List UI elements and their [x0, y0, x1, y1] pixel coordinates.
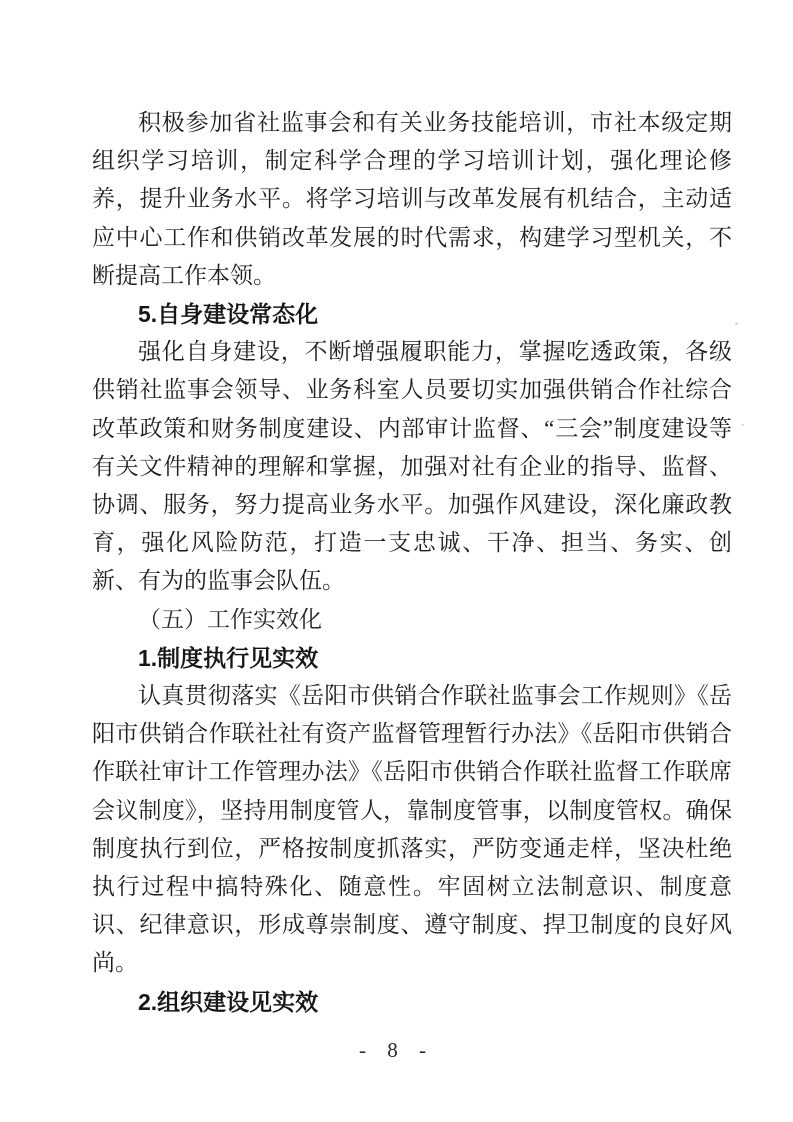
document-page: 积极参加省社监事会和有关业务技能培训，市社本级定期组织学习培训，制定科学合理的学…	[0, 0, 793, 1122]
numbered-heading-1-system-execution: 1.制度执行见实效	[92, 639, 732, 677]
body-paragraph-system-execution: 认真贯彻落实《岳阳市供销合作联社监事会工作规则》《岳阳市供销合作联社社有资产监督…	[92, 677, 732, 983]
numbered-heading-2-org-building: 2.组织建设见实效	[92, 983, 732, 1021]
section-heading-work-effectiveness: （五）工作实效化	[92, 601, 732, 639]
page-number: - 8 -	[0, 1038, 793, 1063]
body-paragraph-training: 积极参加省社监事会和有关业务技能培训，市社本级定期组织学习培训，制定科学合理的学…	[92, 104, 732, 295]
numbered-heading-5-self-building: 5.自身建设常态化	[92, 295, 732, 333]
body-paragraph-self-building: 强化自身建设，不断增强履职能力，掌握吃透政策，各级供销社监事会领导、业务科室人员…	[92, 333, 732, 600]
document-body: 积极参加省社监事会和有关业务技能培训，市社本级定期组织学习培训，制定科学合理的学…	[92, 104, 732, 1021]
scan-artifact-speck	[735, 322, 738, 325]
scan-artifact-speck	[741, 424, 744, 426]
